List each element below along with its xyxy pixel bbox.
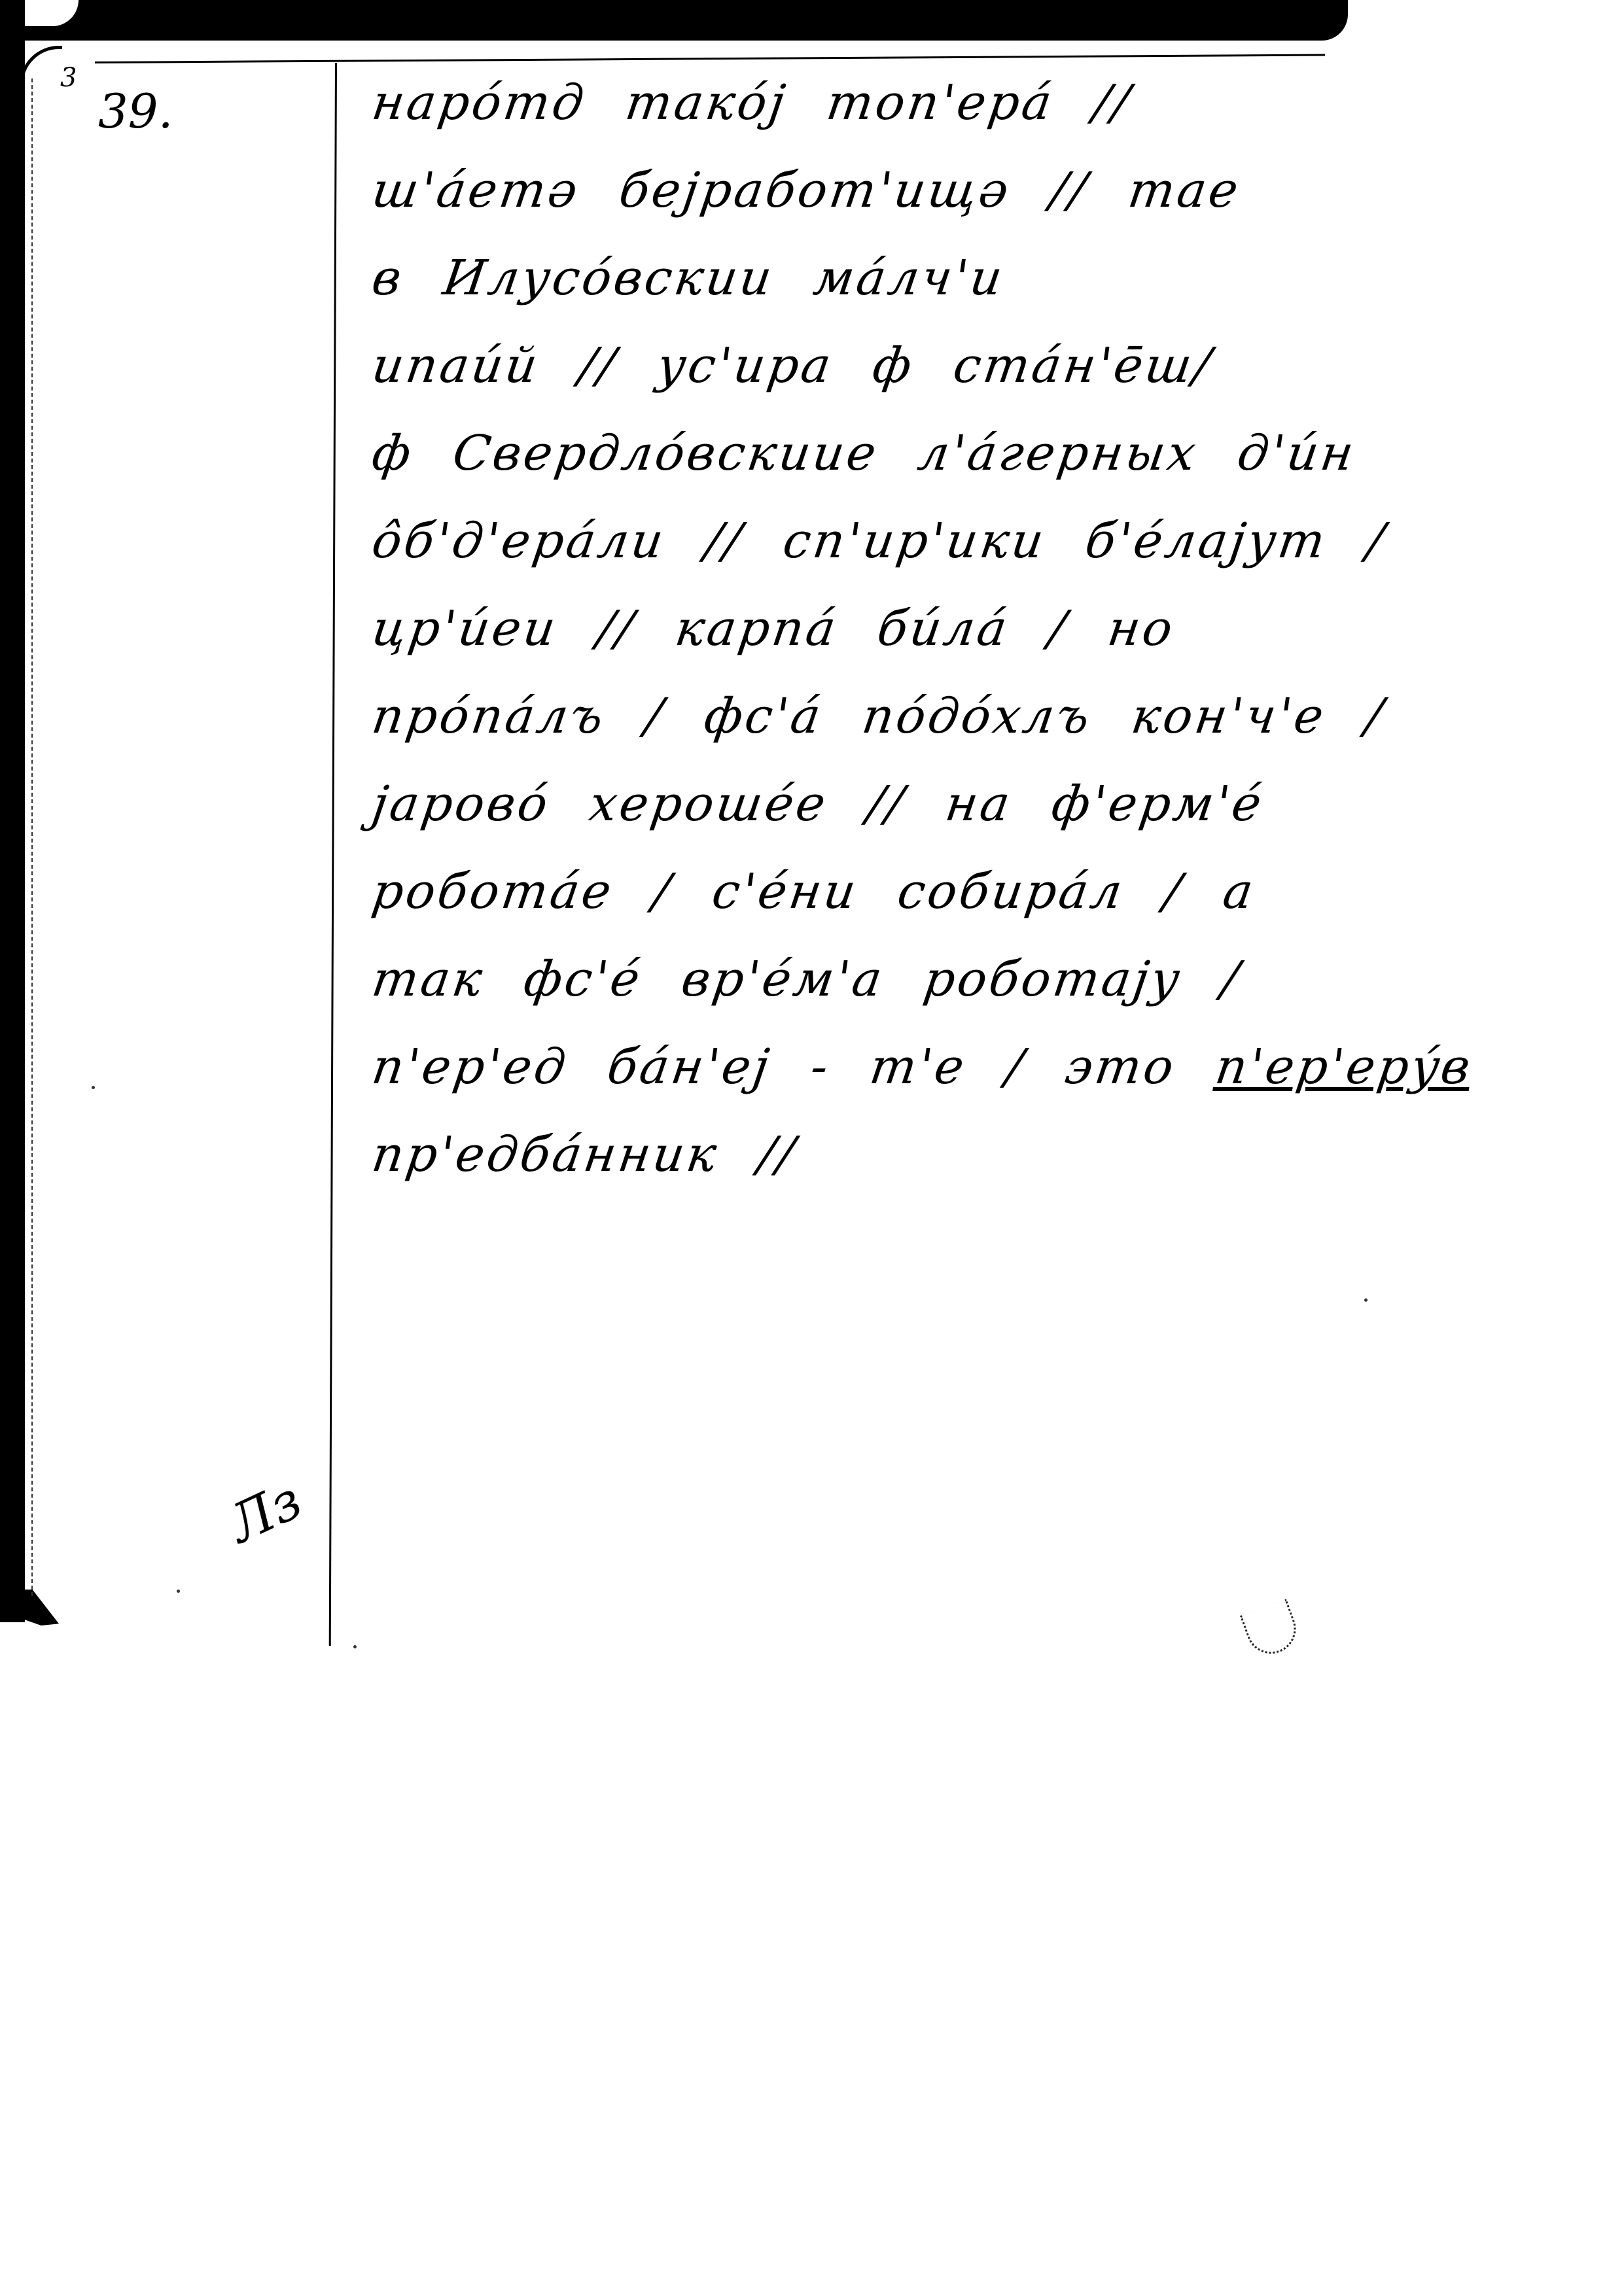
scan-speck: [92, 1086, 95, 1089]
transcript-line: цр'úеи // карпá бúлá / но: [366, 585, 1393, 672]
transcript-line: в Илусóвскии мáлч'и: [366, 234, 1393, 322]
transcript-line-underlined: п'ер'ед бáн'еј - т'е / это п'ер'ерýв: [366, 1023, 1393, 1111]
transcript-line: роботáе / с'éни собирáл / а: [366, 848, 1393, 935]
transcript-line: ôб'д'ерáли // сп'ир'ики б'éлајут /: [366, 497, 1393, 585]
transcript-line: так фс'é вр'éм'а роботају /: [366, 935, 1393, 1023]
entry-number: 39.: [98, 84, 173, 139]
handwritten-initials: Лз: [220, 1469, 311, 1555]
stray-pencil-loop: [1240, 1599, 1303, 1661]
transcript-line: јаровó херошéе // на ф'ерм'é: [366, 760, 1393, 848]
card-corner-edge: [20, 46, 62, 1619]
transcript-line: нарóтд такóј топ'ерá //: [366, 59, 1393, 147]
scan-speck: [1364, 1298, 1368, 1302]
entry-superscript: 3: [60, 63, 77, 93]
transcript-body: нарóтд такóј топ'ерá // ш'áетə бејработ'…: [366, 59, 1381, 1198]
card-edge-shadow: [31, 78, 35, 1596]
underlined-word: п'ер'ерýв: [1212, 1039, 1476, 1095]
transcript-line: ш'áетə бејработ'ищə // тае: [366, 147, 1393, 234]
margin-rule-line: [329, 63, 337, 1646]
transcript-line: ипаúй // ус'ира ф стáн'ēш/: [366, 322, 1393, 409]
scan-speck: [353, 1645, 357, 1648]
scan-top-shadow: [0, 0, 1348, 41]
transcript-line: пр'едбáнник //: [366, 1111, 1393, 1198]
transcript-line: прóпáлъ / фс'á пóдóхлъ кон'ч'е /: [366, 672, 1393, 760]
transcript-line: ф Свердлóвскиие л'áгерных д'úн: [366, 409, 1393, 497]
scan-speck: [177, 1590, 180, 1593]
